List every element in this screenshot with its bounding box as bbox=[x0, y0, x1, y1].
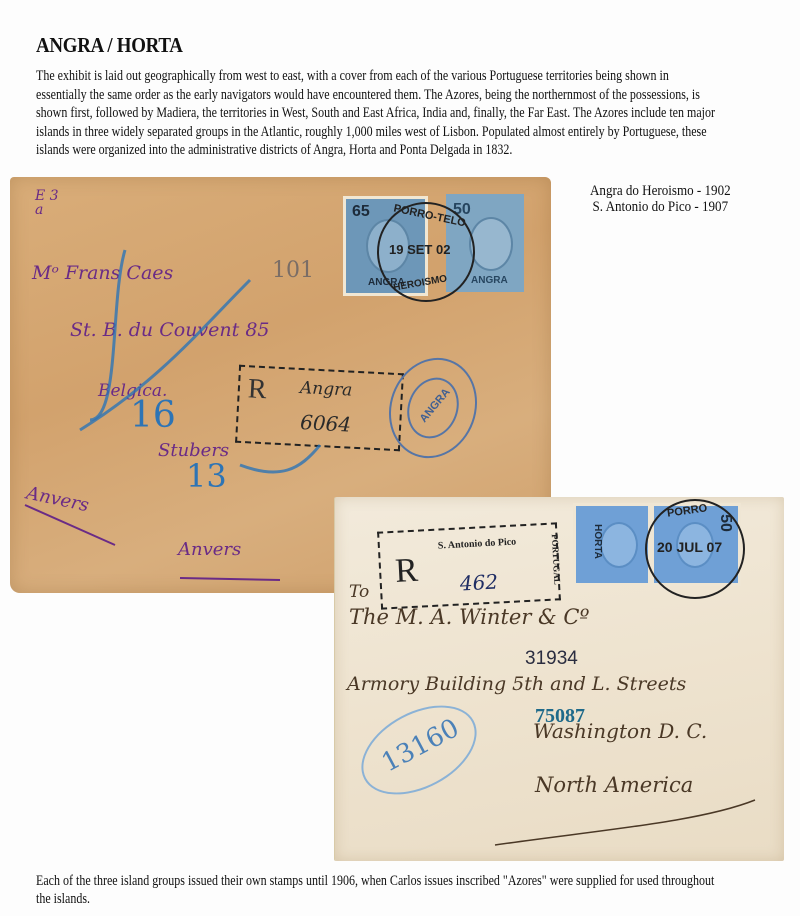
king-portrait bbox=[469, 217, 513, 271]
king-portrait bbox=[600, 522, 638, 568]
caption-line-angra: Angra do Heroismo - 1902 bbox=[590, 183, 731, 199]
address-line-5: Anvers bbox=[25, 483, 91, 517]
address-line-2: Armory Building 5th and L. Streets bbox=[347, 673, 686, 695]
stamp-50-horta-left: HORTA bbox=[573, 503, 651, 586]
reg-letter: R bbox=[394, 552, 419, 591]
stamp-name: ANGRA bbox=[471, 275, 508, 286]
postmark-angra: PORRO-TELO 19 SET 02 HEROISMO bbox=[377, 202, 475, 302]
blue-number-1: 16 bbox=[130, 395, 176, 436]
blue-number-2: 13 bbox=[186, 457, 227, 495]
number-black: 31934 bbox=[525, 648, 578, 670]
stamp-name: HORTA bbox=[592, 524, 603, 559]
reg-country: PORTUGAL bbox=[550, 534, 563, 585]
address-line-4: North America bbox=[535, 773, 693, 797]
address-line-3: Washington D. C. bbox=[533, 719, 707, 743]
page-title: ANGRA / HORTA bbox=[36, 33, 183, 58]
corner-note: E 3 a bbox=[35, 189, 59, 217]
pencil-number: 101 bbox=[272, 258, 314, 283]
address-line-1: Mᵒ Frans Caes bbox=[32, 262, 173, 284]
reg-office: Angra bbox=[299, 378, 352, 401]
address-line-2: St. B. du Couvent 85 bbox=[70, 319, 270, 341]
address-line-1: The M. A. Winter & Cº bbox=[349, 605, 589, 629]
footer-paragraph: Each of the three island groups issued t… bbox=[36, 872, 716, 908]
oval-cachet-angra: ANGRA bbox=[375, 345, 491, 470]
pencil-oval-number: 13160 bbox=[346, 687, 491, 812]
reg-office: S. Antonio do Pico bbox=[438, 537, 517, 552]
stamp-value: 65 bbox=[352, 203, 370, 221]
intro-paragraph: The exhibit is laid out geographically f… bbox=[36, 67, 716, 160]
postmark-horta: PORRO 20 JUL 07 bbox=[645, 499, 745, 599]
caption-line-horta: S. Antonio do Pico - 1907 bbox=[590, 199, 731, 215]
reg-number: 462 bbox=[459, 570, 498, 596]
address-to: To bbox=[349, 582, 369, 602]
cover-horta: HORTA 50 PORRO 20 JUL 07 R S. Antonio do… bbox=[335, 497, 784, 861]
registration-label-horta: R S. Antonio do Pico 462 PORTUGAL bbox=[377, 522, 561, 609]
reg-letter: R bbox=[247, 373, 267, 406]
registration-label-angra: R Angra 6064 bbox=[235, 365, 404, 452]
address-line-6: Anvers bbox=[178, 539, 241, 560]
reg-number: 6064 bbox=[300, 410, 352, 437]
cover-caption: Angra do Heroismo - 1902 S. Antonio do P… bbox=[590, 183, 731, 215]
